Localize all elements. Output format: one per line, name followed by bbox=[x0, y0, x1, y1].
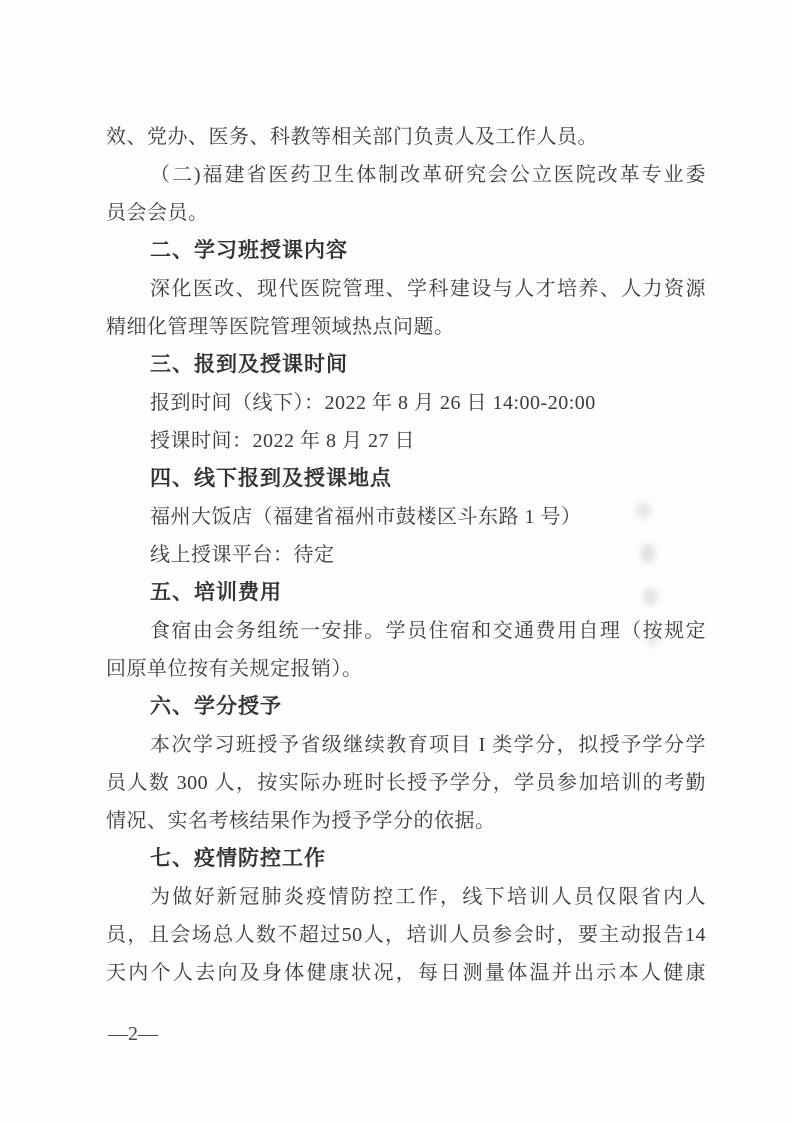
scanned-document-page: 效、党办、医务、科教等相关部门负责人及工作人员。 （二)福建省医药卫生体制改革研… bbox=[0, 0, 793, 1122]
online-platform-line: 线上授课平台：待定 bbox=[106, 536, 706, 574]
section-heading-6: 六、学分授予 bbox=[106, 688, 706, 726]
paragraph-line: 为做好新冠肺炎疫情防控工作，线下培训人员仅限省内人 bbox=[106, 878, 706, 916]
paragraph-line: 回原单位按有关规定报销）。 bbox=[106, 650, 706, 688]
section-heading-3: 三、报到及授课时间 bbox=[106, 346, 706, 384]
paragraph-line: 员会会员。 bbox=[106, 194, 706, 232]
section-heading-5: 五、培训费用 bbox=[106, 574, 706, 612]
section-heading-2: 二、学习班授课内容 bbox=[106, 232, 706, 270]
paragraph-line: 深化医改、现代医院管理、学科建设与人才培养、人力资源 bbox=[106, 270, 706, 308]
paragraph-line: 本次学习班授予省级继续教育项目 I 类学分，拟授予学分学 bbox=[106, 726, 706, 764]
paragraph-line: 情况、实名考核结果作为授予学分的依据。 bbox=[106, 802, 706, 840]
paragraph-line: （二)福建省医药卫生体制改革研究会公立医院改革专业委 bbox=[106, 156, 706, 194]
document-body: 效、党办、医务、科教等相关部门负责人及工作人员。 （二)福建省医药卫生体制改革研… bbox=[106, 118, 706, 992]
section-heading-4: 四、线下报到及授课地点 bbox=[106, 460, 706, 498]
paragraph-line: 员，且会场总人数不超过50人，培训人员参会时，要主动报告14 bbox=[106, 916, 706, 954]
paragraph-line: 效、党办、医务、科教等相关部门负责人及工作人员。 bbox=[106, 118, 706, 156]
scan-smudge bbox=[643, 588, 658, 606]
scan-smudge bbox=[646, 632, 659, 647]
lecture-time-line: 授课时间：2022 年 8 月 27 日 bbox=[106, 422, 706, 460]
paragraph-line: 天内个人去向及身体健康状况，每日测量体温并出示本人健康 bbox=[106, 954, 706, 992]
scan-smudge bbox=[640, 544, 656, 563]
scan-smudge bbox=[636, 502, 651, 519]
registration-time-line: 报到时间（线下）：2022 年 8 月 26 日 14:00-20:00 bbox=[106, 384, 706, 422]
page-number: —2— bbox=[108, 1022, 158, 1046]
paragraph-line: 员人数 300 人，按实际办班时长授予学分，学员参加培训的考勤 bbox=[106, 764, 706, 802]
section-heading-7: 七、疫情防控工作 bbox=[106, 840, 706, 878]
paragraph-line: 食宿由会务组统一安排。学员住宿和交通费用自理（按规定 bbox=[106, 612, 706, 650]
venue-line: 福州大饭店（福建省福州市鼓楼区斗东路 1 号） bbox=[106, 498, 706, 536]
paragraph-line: 精细化管理等医院管理领域热点问题。 bbox=[106, 308, 706, 346]
